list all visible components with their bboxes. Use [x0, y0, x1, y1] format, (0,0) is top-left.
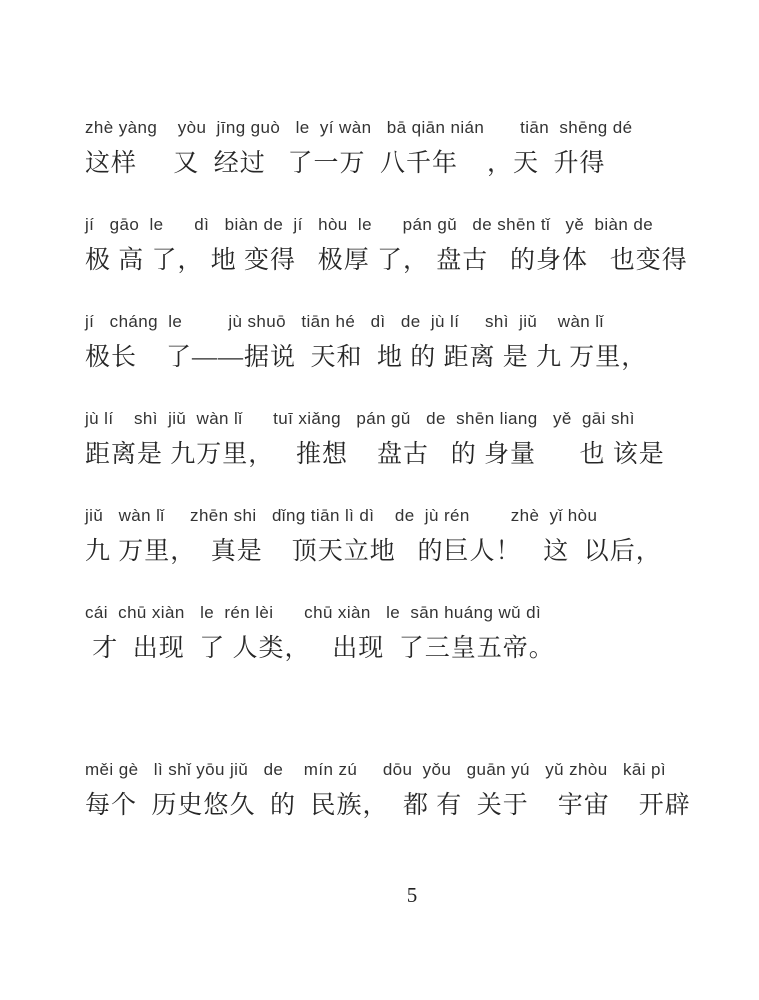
text-line-1: zhè yàng yòu jīng guò le yí wàn bā qiān … — [85, 118, 739, 179]
document-page: zhè yàng yòu jīng guò le yí wàn bā qiān … — [0, 0, 759, 1000]
page-number: 5 — [85, 883, 739, 908]
hanzi-text: 这样 又 经过 了一万 八千年 ，天 升得 — [85, 149, 739, 179]
pinyin-text: jí gāo le dì biàn de jí hòu le pán gǔ de… — [85, 215, 739, 235]
text-line-7: měi gè lì shǐ yōu jiǔ de mín zú dōu yǒu … — [85, 760, 739, 821]
hanzi-text: 九 万里， 真是 顶天立地 的巨人！ 这 以后， — [85, 537, 739, 567]
text-line-5: jiǔ wàn lǐ zhēn shi dǐng tiān lì dì de j… — [85, 506, 739, 567]
pinyin-text: cái chū xiàn le rén lèi chū xiàn le sān … — [85, 603, 739, 623]
hanzi-text: 距离是 九万里， 推想 盘古 的 身量 也 该是 — [85, 440, 739, 470]
hanzi-text: 每个 历史悠久 的 民族， 都 有 关于 宇宙 开辟 — [85, 791, 739, 821]
pinyin-text: měi gè lì shǐ yōu jiǔ de mín zú dōu yǒu … — [85, 760, 739, 780]
text-line-6: cái chū xiàn le rén lèi chū xiàn le sān … — [85, 603, 739, 664]
hanzi-text: 才 出现 了 人类， 出现 了三皇五帝。 — [85, 634, 739, 664]
pinyin-text: jù lí shì jiǔ wàn lǐ tuī xiǎng pán gǔ de… — [85, 409, 739, 429]
text-line-4: jù lí shì jiǔ wàn lǐ tuī xiǎng pán gǔ de… — [85, 409, 739, 470]
hanzi-text: 极 高 了， 地 变得 极厚 了， 盘古 的身体 也变得 — [85, 246, 739, 276]
text-line-3: jí cháng le jù shuō tiān hé dì de jù lí … — [85, 312, 739, 373]
text-line-2: jí gāo le dì biàn de jí hòu le pán gǔ de… — [85, 215, 739, 276]
hanzi-text: 极长 了——据说 天和 地 的 距离 是 九 万里， — [85, 343, 739, 373]
pinyin-text: jiǔ wàn lǐ zhēn shi dǐng tiān lì dì de j… — [85, 506, 739, 526]
pinyin-text: zhè yàng yòu jīng guò le yí wàn bā qiān … — [85, 118, 739, 138]
pinyin-text: jí cháng le jù shuō tiān hé dì de jù lí … — [85, 312, 739, 332]
